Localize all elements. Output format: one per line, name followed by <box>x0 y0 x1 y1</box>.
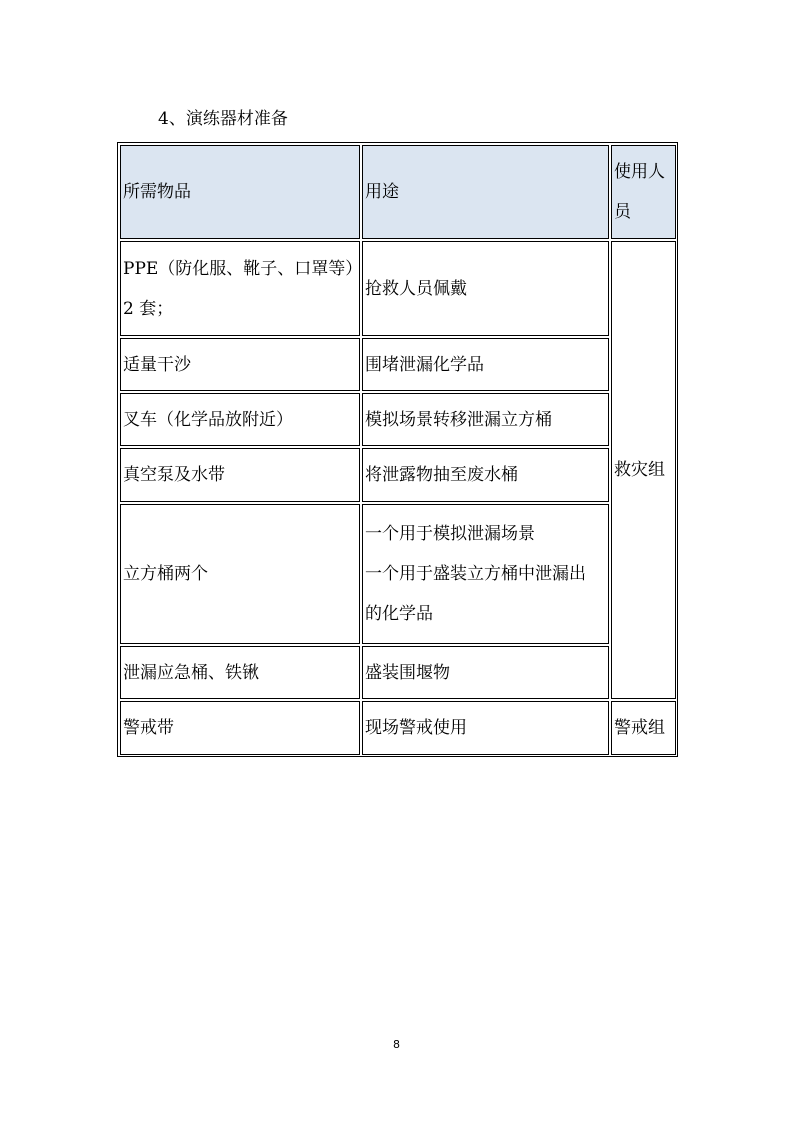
cell-text: 警戒组 <box>614 708 675 748</box>
cell-text: 立方桶两个 <box>123 554 359 594</box>
cell-text: 的化学品 <box>365 594 608 634</box>
table-row-1-purpose: 抢救人员佩戴 <box>362 241 609 336</box>
equipment-table: 所需物品 用途 使用人 员 PPE（防化服、靴子、口罩等） 2 套； 抢救人员佩… <box>117 142 678 757</box>
header-item: 所需物品 <box>120 145 360 239</box>
cell-text: 真空泵及水带 <box>123 455 359 495</box>
table-row-7-item: 警戒带 <box>120 701 360 755</box>
table-row-3-purpose: 模拟场景转移泄漏立方桶 <box>362 393 609 446</box>
header-purpose: 用途 <box>362 145 609 239</box>
cell-text: 现场警戒使用 <box>365 708 608 748</box>
header-user-label-1: 使用人 <box>614 152 675 192</box>
cell-text: 救灾组 <box>614 450 675 490</box>
table-row-2-purpose: 围堵泄漏化学品 <box>362 338 609 391</box>
table-row-2-item: 适量干沙 <box>120 338 360 391</box>
header-purpose-label: 用途 <box>365 172 608 212</box>
header-user: 使用人 员 <box>611 145 676 239</box>
header-item-label: 所需物品 <box>123 172 359 212</box>
table-row-1-item: PPE（防化服、靴子、口罩等） 2 套； <box>120 241 360 336</box>
table-row-5-item: 立方桶两个 <box>120 504 360 644</box>
cell-text: 模拟场景转移泄漏立方桶 <box>365 400 608 440</box>
table-row-6-purpose: 盛装围堰物 <box>362 646 609 699</box>
header-user-label-2: 员 <box>614 192 675 232</box>
cell-text: 抢救人员佩戴 <box>365 269 608 309</box>
group-cordon: 警戒组 <box>611 701 676 755</box>
section-heading: 4、演练器材准备 <box>158 104 288 129</box>
group-rescue: 救灾组 <box>611 241 676 699</box>
cell-text: 一个用于模拟泄漏场景 <box>365 514 608 554</box>
table-row-4-item: 真空泵及水带 <box>120 448 360 502</box>
cell-text: 将泄露物抽至废水桶 <box>365 455 608 495</box>
page-number: 8 <box>393 1038 400 1051</box>
cell-text: 2 套； <box>123 289 359 329</box>
cell-text: 盛装围堰物 <box>365 653 608 693</box>
cell-text: 泄漏应急桶、铁锹 <box>123 653 359 693</box>
cell-text: 一个用于盛装立方桶中泄漏出 <box>365 554 608 594</box>
cell-text: 围堵泄漏化学品 <box>365 345 608 385</box>
cell-text: PPE（防化服、靴子、口罩等） <box>123 249 359 289</box>
cell-text: 叉车（化学品放附近） <box>123 400 359 440</box>
table-row-6-item: 泄漏应急桶、铁锹 <box>120 646 360 699</box>
table-row-3-item: 叉车（化学品放附近） <box>120 393 360 446</box>
cell-text: 适量干沙 <box>123 345 359 385</box>
table-row-7-purpose: 现场警戒使用 <box>362 701 609 755</box>
table-row-4-purpose: 将泄露物抽至废水桶 <box>362 448 609 502</box>
table-row-5-purpose: 一个用于模拟泄漏场景 一个用于盛装立方桶中泄漏出 的化学品 <box>362 504 609 644</box>
cell-text: 警戒带 <box>123 708 359 748</box>
